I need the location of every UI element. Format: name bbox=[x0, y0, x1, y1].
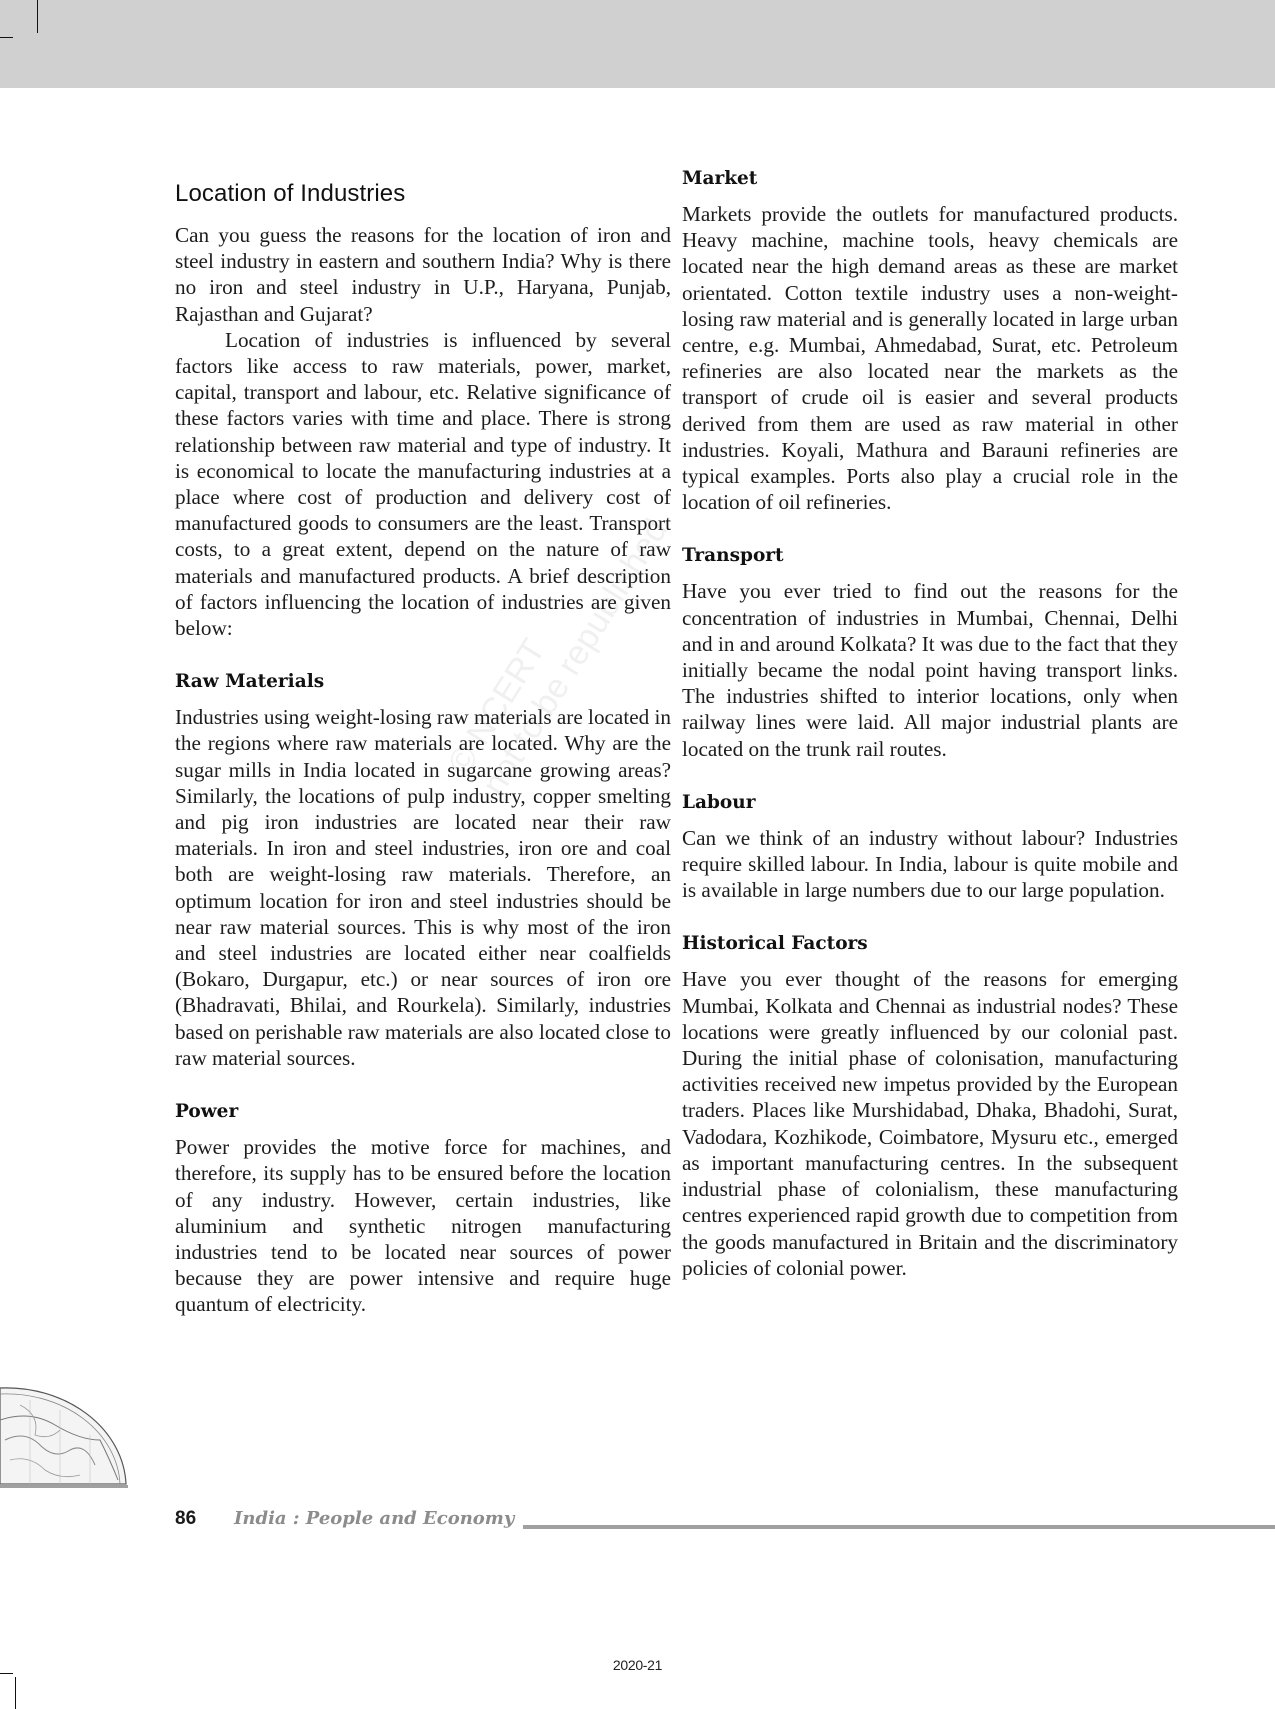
section-text-labour: Can we think of an industry without labo… bbox=[682, 825, 1178, 904]
globe-map-icon bbox=[0, 1380, 128, 1486]
section-heading-power: Power bbox=[175, 1101, 671, 1122]
year-stamp: 2020-21 bbox=[0, 1657, 1275, 1673]
globe-underline bbox=[0, 1485, 128, 1488]
page-title: Location of Industries bbox=[175, 180, 671, 208]
section-heading-historical-factors: Historical Factors bbox=[682, 933, 1178, 954]
intro-paragraph-2: Location of industries is influenced by … bbox=[175, 327, 671, 641]
intro-paragraph: Can you guess the reasons for the locati… bbox=[175, 222, 671, 327]
crop-mark-top-vertical bbox=[37, 0, 38, 33]
section-heading-market: Market bbox=[682, 168, 1178, 189]
section-heading-labour: Labour bbox=[682, 792, 1178, 813]
crop-mark-bottom-vertical bbox=[15, 1677, 16, 1709]
section-text-historical-factors: Have you ever thought of the reasons for… bbox=[682, 966, 1178, 1280]
page-number: 86 bbox=[175, 1508, 196, 1530]
section-text-market: Markets provide the outlets for manufact… bbox=[682, 201, 1178, 515]
book-title: India : People and Economy bbox=[234, 1508, 514, 1529]
left-column: Location of Industries Can you guess the… bbox=[175, 170, 671, 1318]
right-column: Market Markets provide the outlets for m… bbox=[682, 168, 1178, 1281]
footer-rule bbox=[523, 1525, 1275, 1529]
crop-mark-bottom-horizontal bbox=[0, 1673, 13, 1674]
section-text-raw-materials: Industries using weight-losing raw mater… bbox=[175, 704, 671, 1071]
section-heading-transport: Transport bbox=[682, 545, 1178, 566]
crop-mark-top-horizontal bbox=[0, 37, 13, 38]
page-footer: 86 India : People and Economy bbox=[175, 1508, 1275, 1538]
section-heading-raw-materials: Raw Materials bbox=[175, 671, 671, 692]
section-text-transport: Have you ever tried to find out the reas… bbox=[682, 578, 1178, 761]
section-text-power: Power provides the motive force for mach… bbox=[175, 1134, 671, 1317]
scan-top-band bbox=[0, 0, 1275, 88]
